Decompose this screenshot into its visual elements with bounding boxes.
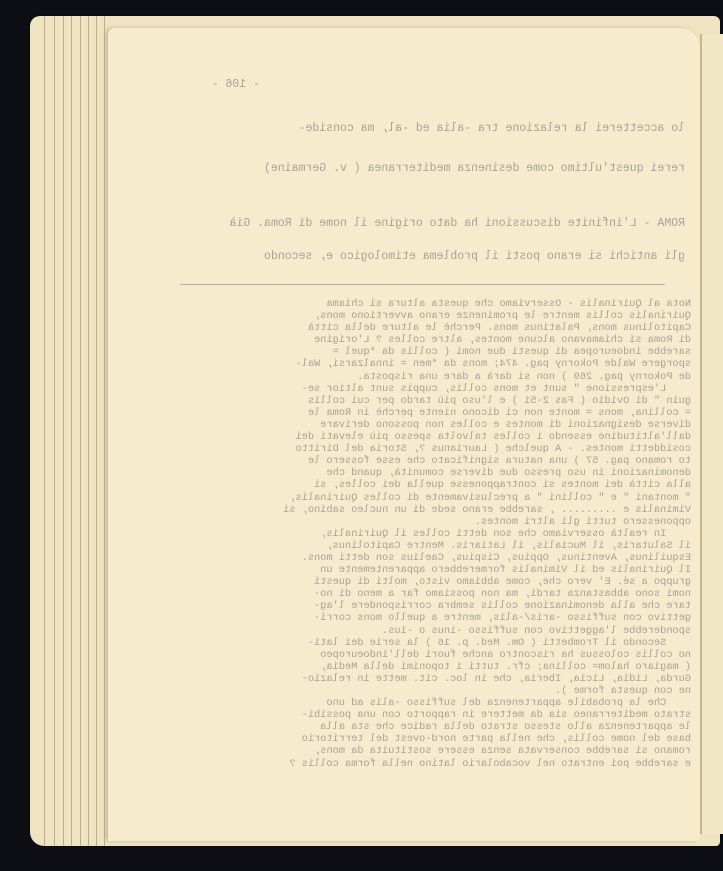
note-line: opponessero tutti gli altri montes. [186,516,691,528]
top-line-1: lo accetterei la relazione tra -alia ed … [190,116,685,141]
note-line: to romano pag. 57 ) una natura significa… [186,455,691,467]
note-line: le appartenenza allo stesso strato della… [186,721,691,733]
note-line: alla città dei montes si contrapponesse … [186,479,691,491]
section-head-line-2: gli antichi si erano posti il problema e… [180,244,685,269]
note-line: denominazioni in uso presso due diverse … [186,467,691,479]
note-line: nomi sono abbastanza tardi, ma non possi… [186,588,691,600]
note-line: Capitolinus mons, Palatinus mons. Perchè… [186,322,691,334]
note-line: no collis colossus ha riscontro anche fu… [186,649,691,661]
note-line: Nota al Quirinalis - Osserviamo che ques… [186,298,691,310]
top-line-2: rerei quest'ultimo come desinenza medite… [190,156,685,181]
note-line: romano si sarebbe conservata senza esser… [186,745,691,757]
note-line: e sarebbe poi entrato nel vocabolario la… [186,758,691,770]
note-line: sponderebbe l'aggettivo con suffisso -in… [186,625,691,637]
note-line: = collina, mons = monte non ci dicono ni… [186,407,691,419]
note-line: base del nome collis, che nella parte no… [186,733,691,745]
note-line: sporgere Walde Pokorny pag. 474; mons da… [186,358,691,370]
note-line: di Roma si chiamavano alcune montes, alt… [186,334,691,346]
note-line: L'espressione " sunt et mons collis, cup… [186,383,691,395]
note-line: Gurda, Lidia, Licia, Iberia, che in loc.… [186,673,691,685]
note-line: gettivo con suffisso -aris/-alis, mentre… [186,612,691,624]
note-line: Viminalis e ......... , sarebbe erano se… [186,504,691,516]
note-line: de Pokorny pag. 269 ) non si darà a dare… [186,371,691,383]
note-line: tare che alla denominazione collis sembr… [186,600,691,612]
note-line: Quirinalis collis mentre le prominenze e… [186,310,691,322]
note-line: " montani " e " collini " a preclusivame… [186,492,691,504]
note-line: guin " di Ovidio ( Fas 2-51 ) e l'uso pi… [186,395,691,407]
note-line: dall'altitudine essendo i colles talvolt… [186,431,691,443]
page-number: - 106 - [190,72,260,97]
section-head-line-1: ROMA - L'infinite discussioni ha dato or… [180,211,685,236]
note-line: ne con questa forme ). [186,685,691,697]
note-line: Esquilinus, Aventinus, Oppius, Cispius, … [186,552,691,564]
note-body: Nota al Quirinalis - Osserviamo che ques… [186,298,691,770]
note-line: il Salutaris, il Mucialis, il Latiaris. … [186,540,691,552]
note-line: gruppo a sé. E' vero che, come abbiamo v… [186,576,691,588]
note-line: In realtà osserviamo che son detti colle… [186,528,691,540]
note-line: Che la probabile appartenenza del suffis… [186,697,691,709]
note-line: Il Quirinalis ed il Viminalis formerebbe… [186,564,691,576]
section-divider [180,284,665,285]
note-line: sarebbe indoeuropea di questi due nomi (… [186,346,691,358]
facing-page-edge [700,34,723,834]
note-line: strato mediterraneo sia da mettere in ra… [186,709,691,721]
note-line: cosiddetti montes. - A quelche ( Laurian… [186,443,691,455]
note-line: ( magiaro halom= collina; cfr. tutti i t… [186,661,691,673]
note-line: diverse designazioni di montes e colles … [186,419,691,431]
note-line: Secondo il Trombetti ( Om. Med. p. 16 ) … [186,637,691,649]
